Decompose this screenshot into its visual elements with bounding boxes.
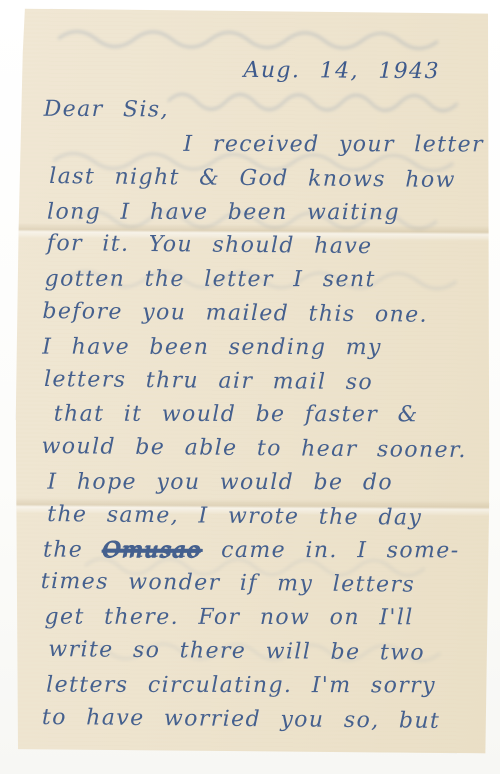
- letter-date: Aug. 14, 1943: [44, 53, 466, 90]
- letter-line: write so there will be two: [40, 633, 462, 671]
- censored-line-post: came in. I some-: [202, 537, 460, 562]
- letter-line: for it. You should have: [43, 227, 465, 265]
- letter-line: times wonder if my letters: [41, 565, 463, 603]
- letter-line: to have worried you so, but: [40, 701, 462, 739]
- letter-line: long I have been waiting: [43, 195, 465, 230]
- letter-line: get there. For now on I'll: [41, 601, 463, 636]
- letter-line: I hope you would be do: [41, 466, 463, 501]
- letter-body: Aug. 14, 1943 Dear Sis, I received your …: [14, 9, 493, 754]
- censored-word: Omusao: [103, 537, 202, 562]
- letter-line: that it would be faster &: [42, 398, 464, 433]
- letter-line: before you mailed this one.: [42, 295, 464, 333]
- letter-line: last night & God knows how: [43, 160, 465, 198]
- letter-salutation: Dear Sis,: [44, 93, 466, 130]
- letter-line: I received your letter: [43, 128, 465, 163]
- letter-line: I have been sending my: [42, 330, 464, 365]
- letter-line-censored: the Omusao came in. I some-: [41, 533, 463, 568]
- letter-line: gotten the letter I sent: [43, 263, 465, 298]
- letter-line: letters thru air mail so: [42, 363, 464, 401]
- letter-line: would be able to hear sooner.: [41, 430, 463, 468]
- scan-background: Aug. 14, 1943 Dear Sis, I received your …: [0, 0, 500, 774]
- censored-line-pre: the: [43, 537, 103, 562]
- letter-paper: Aug. 14, 1943 Dear Sis, I received your …: [14, 9, 493, 754]
- letter-line: letters circulating. I'm sorry: [40, 668, 462, 703]
- letter-line: the same, I wrote the day: [41, 498, 463, 536]
